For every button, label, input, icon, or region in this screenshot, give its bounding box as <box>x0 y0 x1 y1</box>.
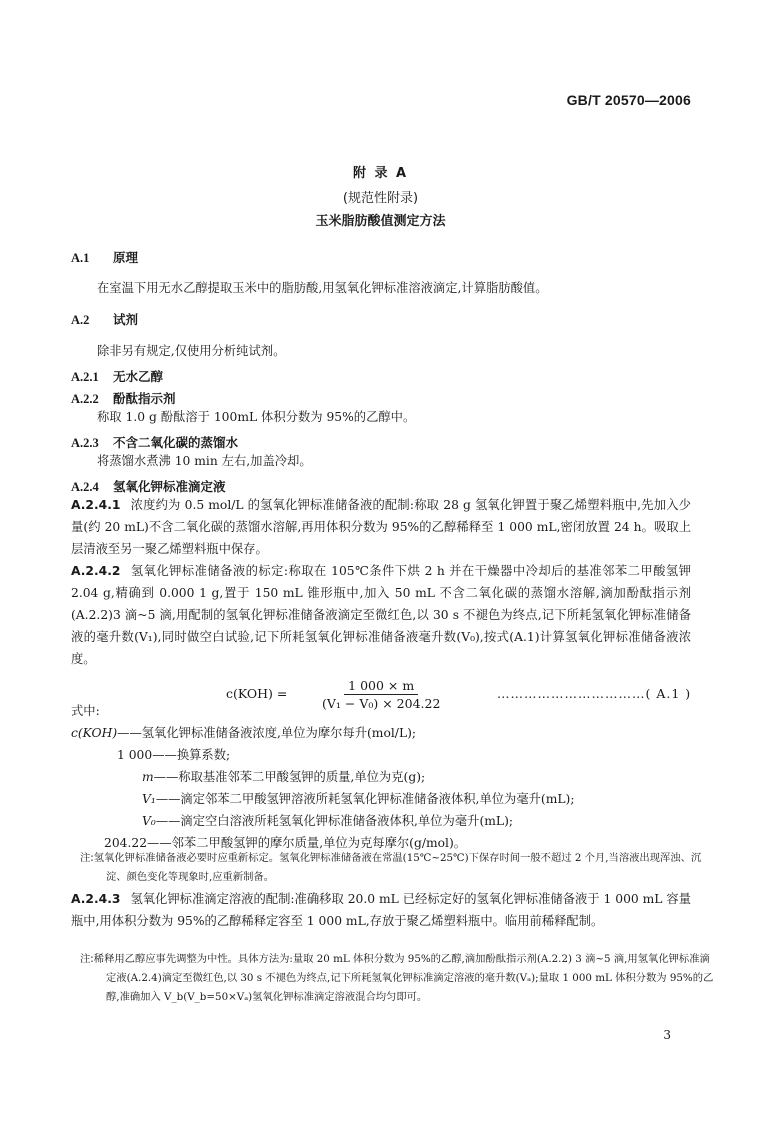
section-heading-a1: A.1原理 <box>71 248 138 266</box>
definition-item: c(KOH)——氢氧化钾标准储备液浓度,单位为摩尔每升(mol/L); <box>71 722 711 744</box>
section-a243-paragraph: A.2.4.3氢氧化钾标准滴定溶液的配制:准确移取 20.0 mL 已经标定好的… <box>71 888 691 932</box>
section-number: A.2.4 <box>71 480 105 495</box>
definition-item: V₀——滴定空白溶液所耗氢氧化钾标准储备液体积,单位为毫升(mL); <box>71 810 711 832</box>
section-number: A.2 <box>71 313 105 328</box>
appendix-title: 玉米脂肪酸值测定方法 <box>0 210 761 229</box>
page-number: 3 <box>663 1028 671 1042</box>
note-text: 稀释用乙醇应事先调整为中性。具体方法为:量取 20 mL 体积分数为 95%的乙… <box>94 953 714 1003</box>
section-number: A.2.1 <box>71 370 105 385</box>
section-heading-a21: A.2.1无水乙醇 <box>71 367 163 385</box>
appendix-type: (规范性附录) <box>0 187 761 206</box>
note-text: 氢氧化钾标准储备液必要时应重新标定。氢氧化钾标准储备液在常温(15℃~25℃)下… <box>94 852 701 883</box>
definition-item: m——称取基准邻苯二甲酸氢钾的质量,单位为克(g); <box>71 766 711 788</box>
section-heading-a22: A.2.2酚酞指示剂 <box>71 389 176 407</box>
document-number: GB/T 20570—2006 <box>567 92 691 108</box>
section-title: 不含二氧化碳的蒸馏水 <box>113 435 238 450</box>
section-heading-a23: A.2.3不含二氧化碳的蒸馏水 <box>71 433 238 451</box>
note-1: 注:氢氧化钾标准储备液必要时应重新标定。氢氧化钾标准储备液在常温(15℃~25℃… <box>80 849 716 887</box>
formula-lhs: c(KOH) = <box>226 686 287 701</box>
formula-label: ( A.1 ) <box>646 686 692 701</box>
section-number: A.2.4.3 <box>71 892 120 906</box>
section-title: 氢氧化钾标准滴定液 <box>113 479 226 494</box>
section-number: A.2.4.2 <box>71 564 120 578</box>
definition-item: V₁——滴定邻苯二甲酸氢钾溶液所耗氢氧化钾标准储备液体积,单位为毫升(mL); <box>71 788 711 810</box>
section-heading-a24: A.2.4氢氧化钾标准滴定液 <box>71 477 226 495</box>
section-heading-a2: A.2试剂 <box>71 310 138 328</box>
section-number: A.2.3 <box>71 436 105 451</box>
section-title: 酚酞指示剂 <box>113 391 176 406</box>
section-a2-text: 除非另有规定,仅使用分析纯试剂。 <box>71 340 691 362</box>
section-a242-paragraph: A.2.4.2氢氧化钾标准储备液的标定:称取在 105℃条件下烘 2 h 并在干… <box>71 560 691 670</box>
definitions-list: c(KOH)——氢氧化钾标准储备液浓度,单位为摩尔每升(mol/L); 1 00… <box>71 722 711 854</box>
formula-leader: ……………………………( A.1 ) <box>497 686 691 701</box>
appendix-heading: 附 录 A <box>0 162 761 181</box>
formula-numerator: 1 000 × m <box>344 678 418 695</box>
section-number: A.2.4.1 <box>71 498 120 512</box>
section-a241-paragraph: A.2.4.1浓度约为 0.5 mol/L 的氢氧化钾标准储备液的配制:称取 2… <box>71 494 691 560</box>
section-title: 试剂 <box>113 312 138 327</box>
where-label: 式中: <box>71 700 100 722</box>
section-number: A.1 <box>71 251 105 266</box>
section-a22-text: 称取 1.0 g 酚酞溶于 100mL 体积分数为 95%的乙醇中。 <box>71 406 691 428</box>
section-title: 无水乙醇 <box>113 369 163 384</box>
note-label: 注: <box>80 852 94 864</box>
section-a1-text: 在室温下用无水乙醇提取玉米中的脂肪酸,用氢氧化钾标准溶液滴定,计算脂肪酸值。 <box>71 277 691 299</box>
note-label: 注: <box>80 953 94 965</box>
section-a241-text: 浓度约为 0.5 mol/L 的氢氧化钾标准储备液的配制:称取 28 g 氢氧化… <box>71 498 691 556</box>
formula-denominator: (V₁ − V₀) × 204.22 <box>322 695 440 711</box>
section-a242-text: 氢氧化钾标准储备液的标定:称取在 105℃条件下烘 2 h 并在干燥器中冷却后的… <box>71 564 691 666</box>
section-title: 原理 <box>113 250 138 265</box>
formula-fraction: 1 000 × m (V₁ − V₀) × 204.22 <box>322 678 440 711</box>
definition-item: 1 000——换算系数; <box>71 744 711 766</box>
note-2: 注:稀释用乙醇应事先调整为中性。具体方法为:量取 20 mL 体积分数为 95%… <box>80 950 716 1007</box>
section-number: A.2.2 <box>71 392 105 407</box>
section-a243-text: 氢氧化钾标准滴定溶液的配制:准确移取 20.0 mL 已经标定好的氢氧化钾标准储… <box>71 892 691 928</box>
section-a23-text: 将蒸馏水煮沸 10 min 左右,加盖冷却。 <box>71 450 691 472</box>
